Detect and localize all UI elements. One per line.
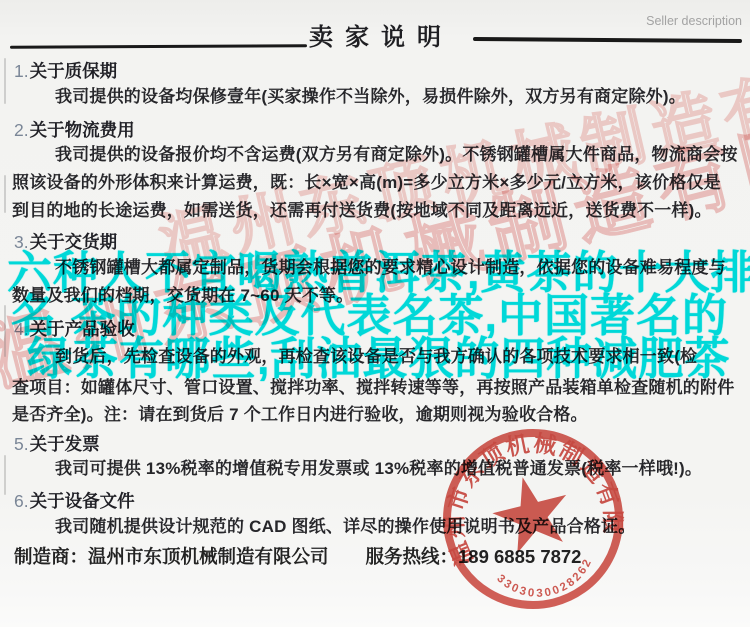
body-line: 我司随机提供设计规范的 CAD 图纸、详尽的操作使用说明书及产品合格证。 xyxy=(12,516,748,537)
page-title: 卖家说明 xyxy=(309,17,453,52)
section-heading-documents: 6.关于设备文件 xyxy=(14,488,135,513)
scan-artifact xyxy=(4,175,6,213)
section-heading-label: 关于物流费用 xyxy=(30,120,135,140)
title-rule-left xyxy=(10,44,307,49)
company-seal-stamp: 温州市东顶机械制造有限公司 3303030028262 xyxy=(438,424,628,614)
body-line: 照该设备的外形体积来计算运费，既：长×宽×高(m)=多少立方米×多少元/立方米，… xyxy=(12,172,748,193)
section-number: 2. xyxy=(14,120,29,140)
section-number: 1. xyxy=(14,61,29,81)
section-heading-invoice: 5.关于发票 xyxy=(14,431,100,456)
company-seal: 温州市东顶机械制造有限公司 3303030028262 xyxy=(438,424,628,614)
seller-description-label: Seller description xyxy=(646,14,742,28)
section-heading-warranty: 1.关于质保期 xyxy=(14,58,117,83)
section-number: 6. xyxy=(14,491,29,511)
title-rule-right xyxy=(473,37,742,43)
tea-watermark-line: 绿茶有哪些,刮油最狠的四种减肥茶 xyxy=(27,336,750,381)
section-heading-label: 关于发票 xyxy=(30,434,100,454)
seller-description-document: { "header": { "title": "卖家说明", "subtitle… xyxy=(0,0,750,627)
star-icon xyxy=(486,468,577,557)
scan-artifact xyxy=(4,455,6,495)
section-heading-label: 关于质保期 xyxy=(30,61,118,81)
body-line: 我司提供的设备报价均不含运费(双方另有商定除外)。不锈钢罐槽属大件商品，物流商会… xyxy=(12,144,748,165)
body-line: 是否齐全)。注：请在到货后 7 个工作日内进行验收，逾期则视为验收合格。 xyxy=(12,404,748,425)
scan-artifact xyxy=(4,58,6,104)
body-line: 到目的地的长途运费，如需送货，还需再付送货费(按地域不同及距离远近，送货费不一样… xyxy=(12,200,748,221)
manufacturer-label: 制造商：温州市东顶机械制造有限公司 xyxy=(14,546,329,567)
body-line: 我司提供的设备均保修壹年(买家操作不当除外，易损件除外，双方另有商定除外)。 xyxy=(12,86,748,107)
section-heading-label: 关于设备文件 xyxy=(30,491,135,511)
section-heading-logistics: 2.关于物流费用 xyxy=(14,117,135,142)
section-number: 5. xyxy=(14,434,29,454)
body-line: 我司可提供 13%税率的增值税专用发票或 13%税率的增值税普通发票(税率一样哦… xyxy=(12,458,748,479)
tea-watermark-line: 名 茶的种类及代表名茶,中国著名的 xyxy=(11,293,750,338)
scan-artifact xyxy=(4,305,6,357)
tea-watermark-line: 六种人不宜喝熟普洱茶,黄茶的十大排 xyxy=(7,250,750,295)
